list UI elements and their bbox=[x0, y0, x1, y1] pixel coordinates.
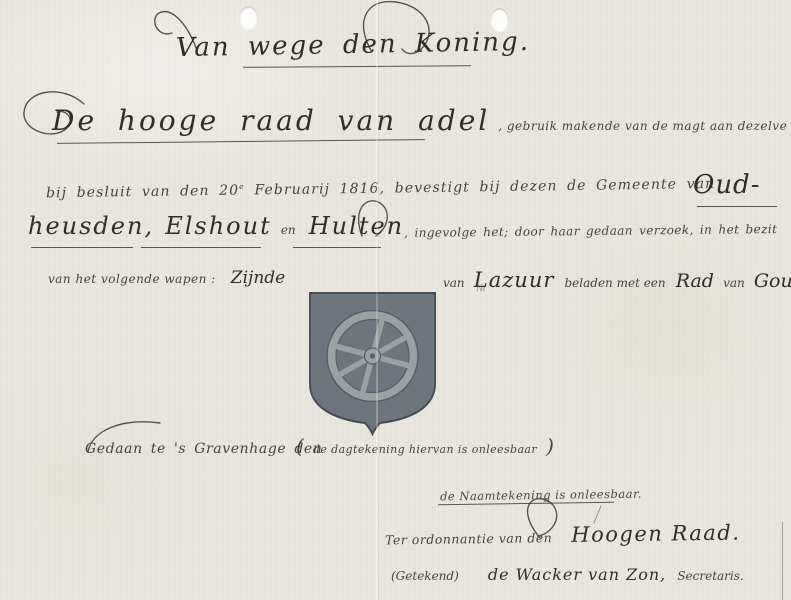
paren-close: ) bbox=[546, 434, 554, 458]
oud-underline bbox=[697, 206, 777, 207]
ordinance-prefix: Ter ordonnantie van den bbox=[385, 530, 552, 547]
opening-continuation: , gebruik makende van de magt aan dezelv… bbox=[498, 119, 791, 133]
title-underline bbox=[243, 65, 471, 68]
municipality-name-part4: Hulten bbox=[309, 212, 404, 240]
blazon-van-b: van bbox=[723, 276, 745, 290]
decree-line: bij besluit van den 20e Februarij 1816, … bbox=[46, 175, 715, 201]
decree-line-start: bij besluit van den 20 bbox=[46, 183, 239, 202]
opening-phrase: De hooge raad van adel bbox=[52, 104, 490, 137]
small-slash-mark bbox=[594, 506, 601, 523]
zijnde-word: Zijnde bbox=[231, 268, 285, 288]
heusden-underline bbox=[31, 247, 133, 248]
blazon-beladen: beladen met een bbox=[564, 276, 665, 290]
conjunction-en: en bbox=[281, 223, 296, 237]
coat-of-arms-shield bbox=[305, 290, 440, 436]
municipality-name-part1: Oud- bbox=[693, 170, 761, 200]
fold-crease bbox=[376, 0, 378, 600]
place-date-line: Gedaan te 's Gravenhage den bbox=[85, 441, 322, 457]
signed-prefix: (Getekend) bbox=[391, 569, 459, 583]
date-illegible-note: de dagtekening hiervan is onleesbaar bbox=[313, 443, 537, 456]
paper-edge-line bbox=[782, 522, 783, 600]
document-title: Van wege den Koning. bbox=[176, 27, 530, 63]
secretary-name: de Wacker van Zon, bbox=[488, 565, 666, 584]
elshout-underline bbox=[141, 247, 261, 248]
municipality-name-part2: heusden, bbox=[28, 212, 154, 240]
opening-underline bbox=[57, 139, 425, 144]
marginal-mark: № bbox=[476, 283, 485, 294]
decree-line-end: Februarij 1816, bevestigt bij dezen de G… bbox=[245, 176, 716, 199]
hulten-underline bbox=[293, 247, 381, 248]
secretary-role: Secretaris. bbox=[677, 569, 743, 583]
wapen-clause: van het volgende wapen : bbox=[48, 272, 216, 286]
punch-hole-left bbox=[239, 6, 258, 30]
blazon-van-a: van bbox=[443, 276, 465, 290]
paren-open: ( bbox=[296, 434, 304, 458]
blazon-goud: Goud bbox=[754, 270, 791, 292]
scanned-document-page: Van wege den Koning. De hooge raad van a… bbox=[0, 0, 791, 600]
blazon-rad: Rad bbox=[676, 270, 714, 292]
ordinance-authority: Hoogen Raad. bbox=[571, 521, 740, 547]
signature-illegible-note: de Naamtekening is onleesbaar. bbox=[440, 487, 642, 504]
request-clause: , ingevolge het; door haar gedaan verzoe… bbox=[404, 222, 777, 240]
blazon-lazuur: Lazuur bbox=[474, 268, 555, 292]
municipality-name-part3: Elshout bbox=[165, 212, 272, 240]
